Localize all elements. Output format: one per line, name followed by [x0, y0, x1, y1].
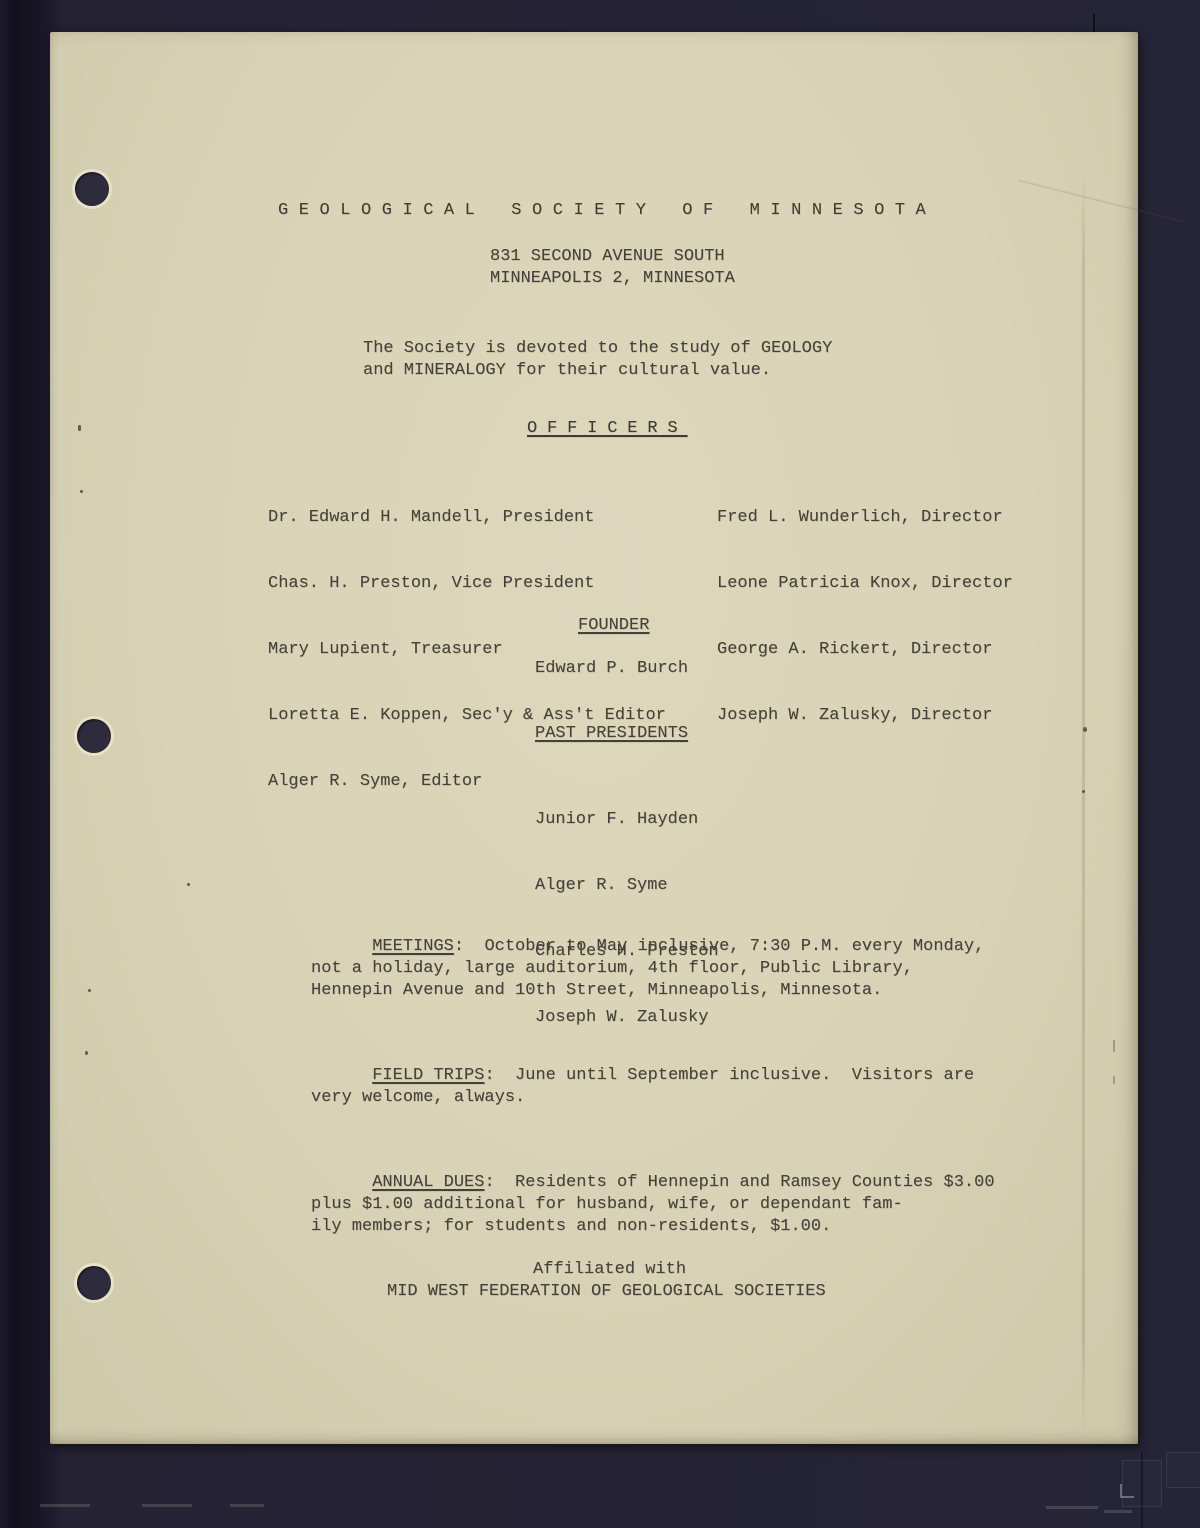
- scan-artifact-dash: [230, 1504, 264, 1507]
- scan-artifact-dash: [1104, 1510, 1132, 1513]
- officers-right-column: Fred L. Wunderlich, Director Leone Patri…: [717, 463, 1013, 771]
- scan-artifact-corner: [1120, 1484, 1134, 1498]
- officer-name: Chas. H. Preston, Vice President: [268, 573, 666, 595]
- document-title: GEOLOGICAL SOCIETY OF MINNESOTA: [278, 200, 936, 222]
- past-presidents-heading: PAST PRESIDENTS: [535, 723, 688, 745]
- officer-name: Dr. Edward H. Mandell, President: [268, 507, 666, 529]
- scanned-document-background: GEOLOGICAL SOCIETY OF MINNESOTA 831 SECO…: [0, 0, 1200, 1528]
- paper-tick: [1113, 1040, 1115, 1052]
- field-trips-paragraph: FIELD TRIPS: June until September inclus…: [311, 1043, 974, 1131]
- paper-speck: [1082, 790, 1085, 793]
- scan-artifact-dash: [40, 1504, 90, 1507]
- paper-crease: [1082, 172, 1085, 1438]
- founder-name: Edward P. Burch: [535, 658, 688, 680]
- scan-artifact-dash: [142, 1504, 192, 1507]
- field-trips-label: FIELD TRIPS: [372, 1066, 484, 1085]
- mission-text: The Society is devoted to the study of G…: [363, 338, 832, 382]
- affiliation-line1: Affiliated with: [533, 1259, 686, 1281]
- meetings-paragraph: MEETINGS: October to May inclusive, 7:30…: [311, 914, 984, 1024]
- annual-dues-label: ANNUAL DUES: [372, 1173, 484, 1192]
- punch-hole: [77, 719, 111, 753]
- officer-name: Joseph W. Zalusky, Director: [717, 705, 1013, 727]
- paper-speck: [85, 1051, 88, 1055]
- past-president-name: Alger R. Syme: [535, 875, 719, 897]
- scan-artifact-rect: [1166, 1452, 1200, 1488]
- paper-speck: [187, 883, 190, 886]
- paper-speck: [1083, 727, 1087, 732]
- officers-heading: OFFICERS: [527, 418, 688, 440]
- scan-artifact-groove: [1141, 1452, 1143, 1528]
- punch-hole: [75, 172, 109, 206]
- paper-crease: [1018, 179, 1183, 222]
- paper-speck: [80, 490, 83, 493]
- scan-artifact-dash: [1046, 1506, 1098, 1509]
- paper-tick: [1113, 1076, 1115, 1084]
- document-page: GEOLOGICAL SOCIETY OF MINNESOTA 831 SECO…: [50, 32, 1138, 1444]
- annual-dues-paragraph: ANNUAL DUES: Residents of Hennepin and R…: [311, 1150, 995, 1260]
- officer-name: George A. Rickert, Director: [717, 639, 1013, 661]
- meetings-label: MEETINGS: [372, 937, 454, 956]
- founder-heading: FOUNDER: [578, 615, 649, 637]
- paper-speck: [78, 425, 81, 431]
- officer-name: Fred L. Wunderlich, Director: [717, 507, 1013, 529]
- punch-hole: [77, 1266, 111, 1300]
- paper-speck: [88, 989, 91, 992]
- address-block: 831 SECOND AVENUE SOUTH MINNEAPOLIS 2, M…: [490, 246, 735, 290]
- officer-name: Leone Patricia Knox, Director: [717, 573, 1013, 595]
- affiliation-line2: MID WEST FEDERATION OF GEOLOGICAL SOCIET…: [387, 1281, 826, 1303]
- past-president-name: Junior F. Hayden: [535, 809, 719, 831]
